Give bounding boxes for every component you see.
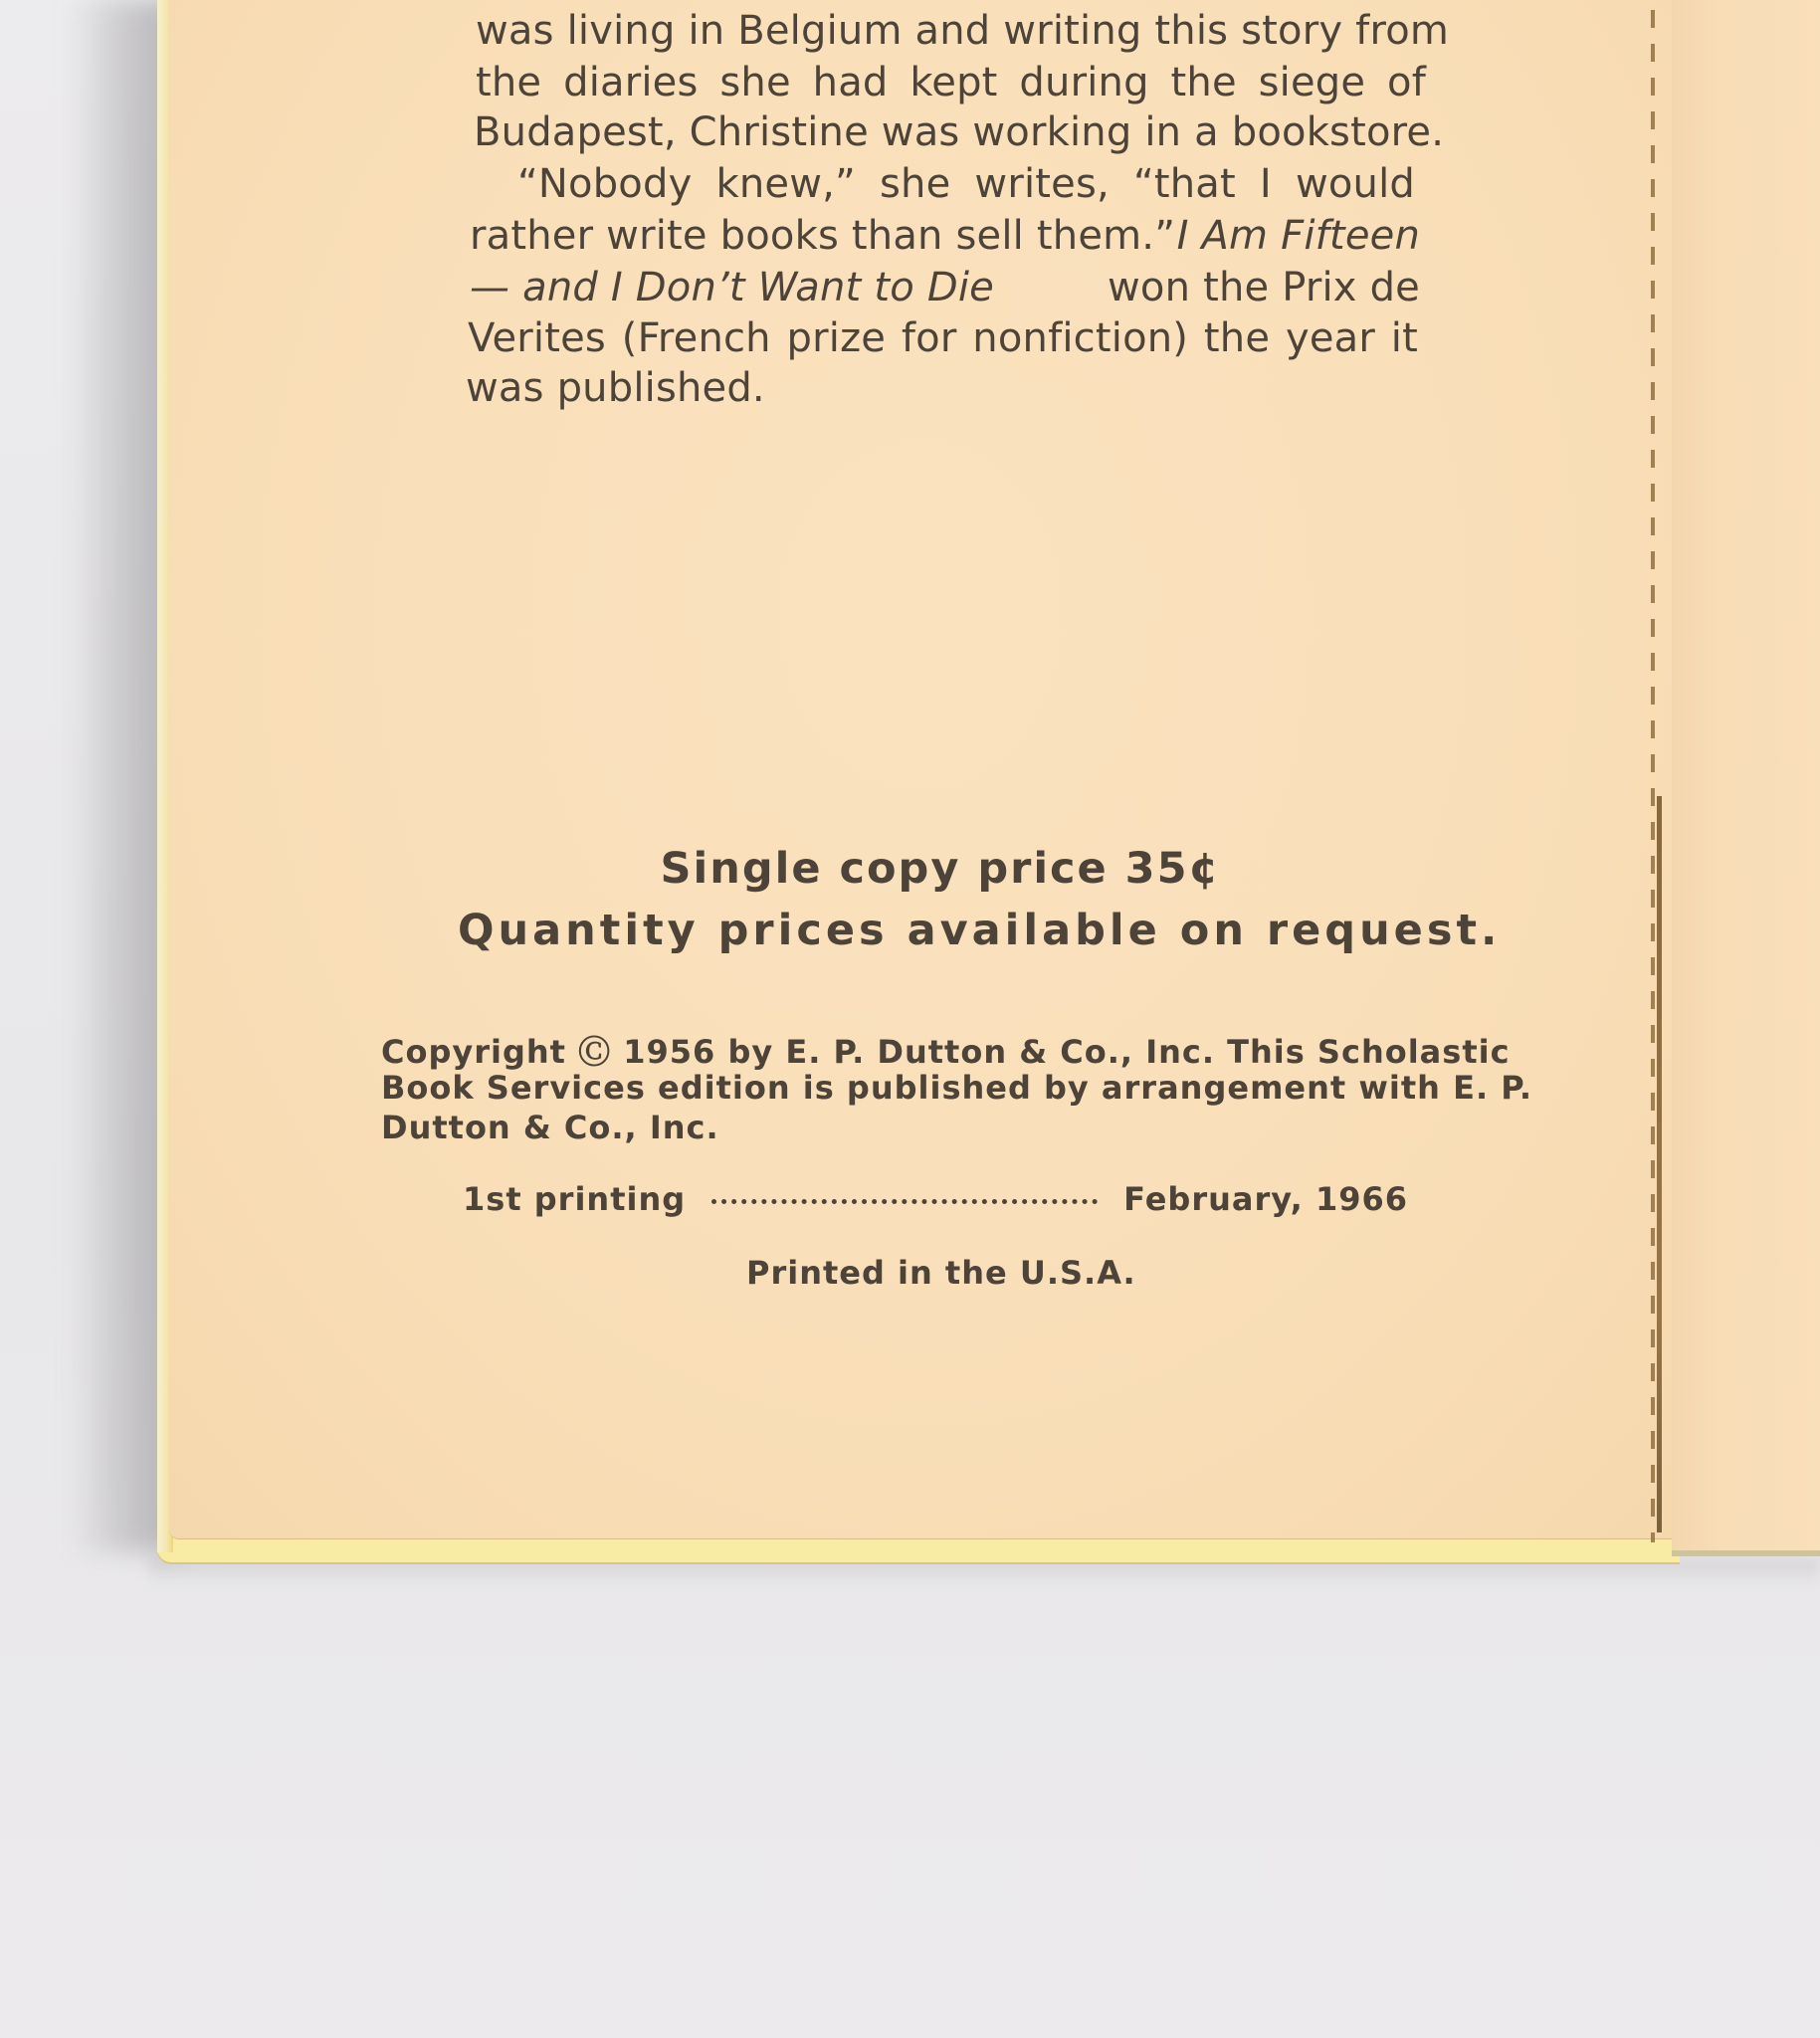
biography-line-5: rather write books than sell them.” I Am… xyxy=(470,213,1420,259)
biography-line-3: Budapest, Christine was working in a boo… xyxy=(474,109,1424,155)
biography-line-5-text: rather write books than sell them.” xyxy=(470,213,1175,259)
biography-line-7: Verites (French prize for nonfiction) th… xyxy=(468,315,1418,361)
biography-line-6-text: won the Prix de xyxy=(1108,265,1420,310)
gutter-binding-shadow xyxy=(1657,796,1662,1532)
printing-date: February, 1966 xyxy=(1123,1180,1408,1218)
copyright-line-1: Copyright Ⓒ 1956 by E. P. Dutton & Co., … xyxy=(381,1027,1480,1073)
biography-line-8: was published. xyxy=(466,365,1416,411)
gutter-binding-line xyxy=(1651,10,1655,1542)
book-title-part-2: — and I Don’t Want to Die xyxy=(470,265,994,310)
right-page xyxy=(1672,0,1820,1556)
printed-in-country-text: Printed in the U.S.A. xyxy=(746,1254,1136,1292)
dot-leader xyxy=(711,1199,1098,1204)
copyright-line-3: Dutton & Co., Inc. xyxy=(381,1109,719,1146)
biography-line-1: was living in Belgium and writing this s… xyxy=(476,8,1426,54)
book-gutter xyxy=(1635,0,1675,1550)
biography-line-2: the diaries she had kept during the sieg… xyxy=(476,60,1426,105)
biography-line-4: “Nobody knew,” she writes, “that I would xyxy=(517,161,1415,207)
single-copy-price: Single copy price 35¢ xyxy=(458,844,1423,894)
copyright-line-2: Book Services edition is published by ar… xyxy=(381,1069,1480,1107)
printed-in-country: Printed in the U.S.A. xyxy=(746,1254,1136,1292)
book-title-part-1: I Am Fifteen xyxy=(1177,213,1420,259)
biography-line-6: — and I Don’t Want to Die won the Prix d… xyxy=(470,265,1420,310)
printing-label: 1st printing xyxy=(463,1180,686,1218)
printing-history-row: 1st printing February, 1966 xyxy=(463,1180,1408,1218)
quantity-prices-note: Quantity prices available on request. xyxy=(458,906,1423,955)
